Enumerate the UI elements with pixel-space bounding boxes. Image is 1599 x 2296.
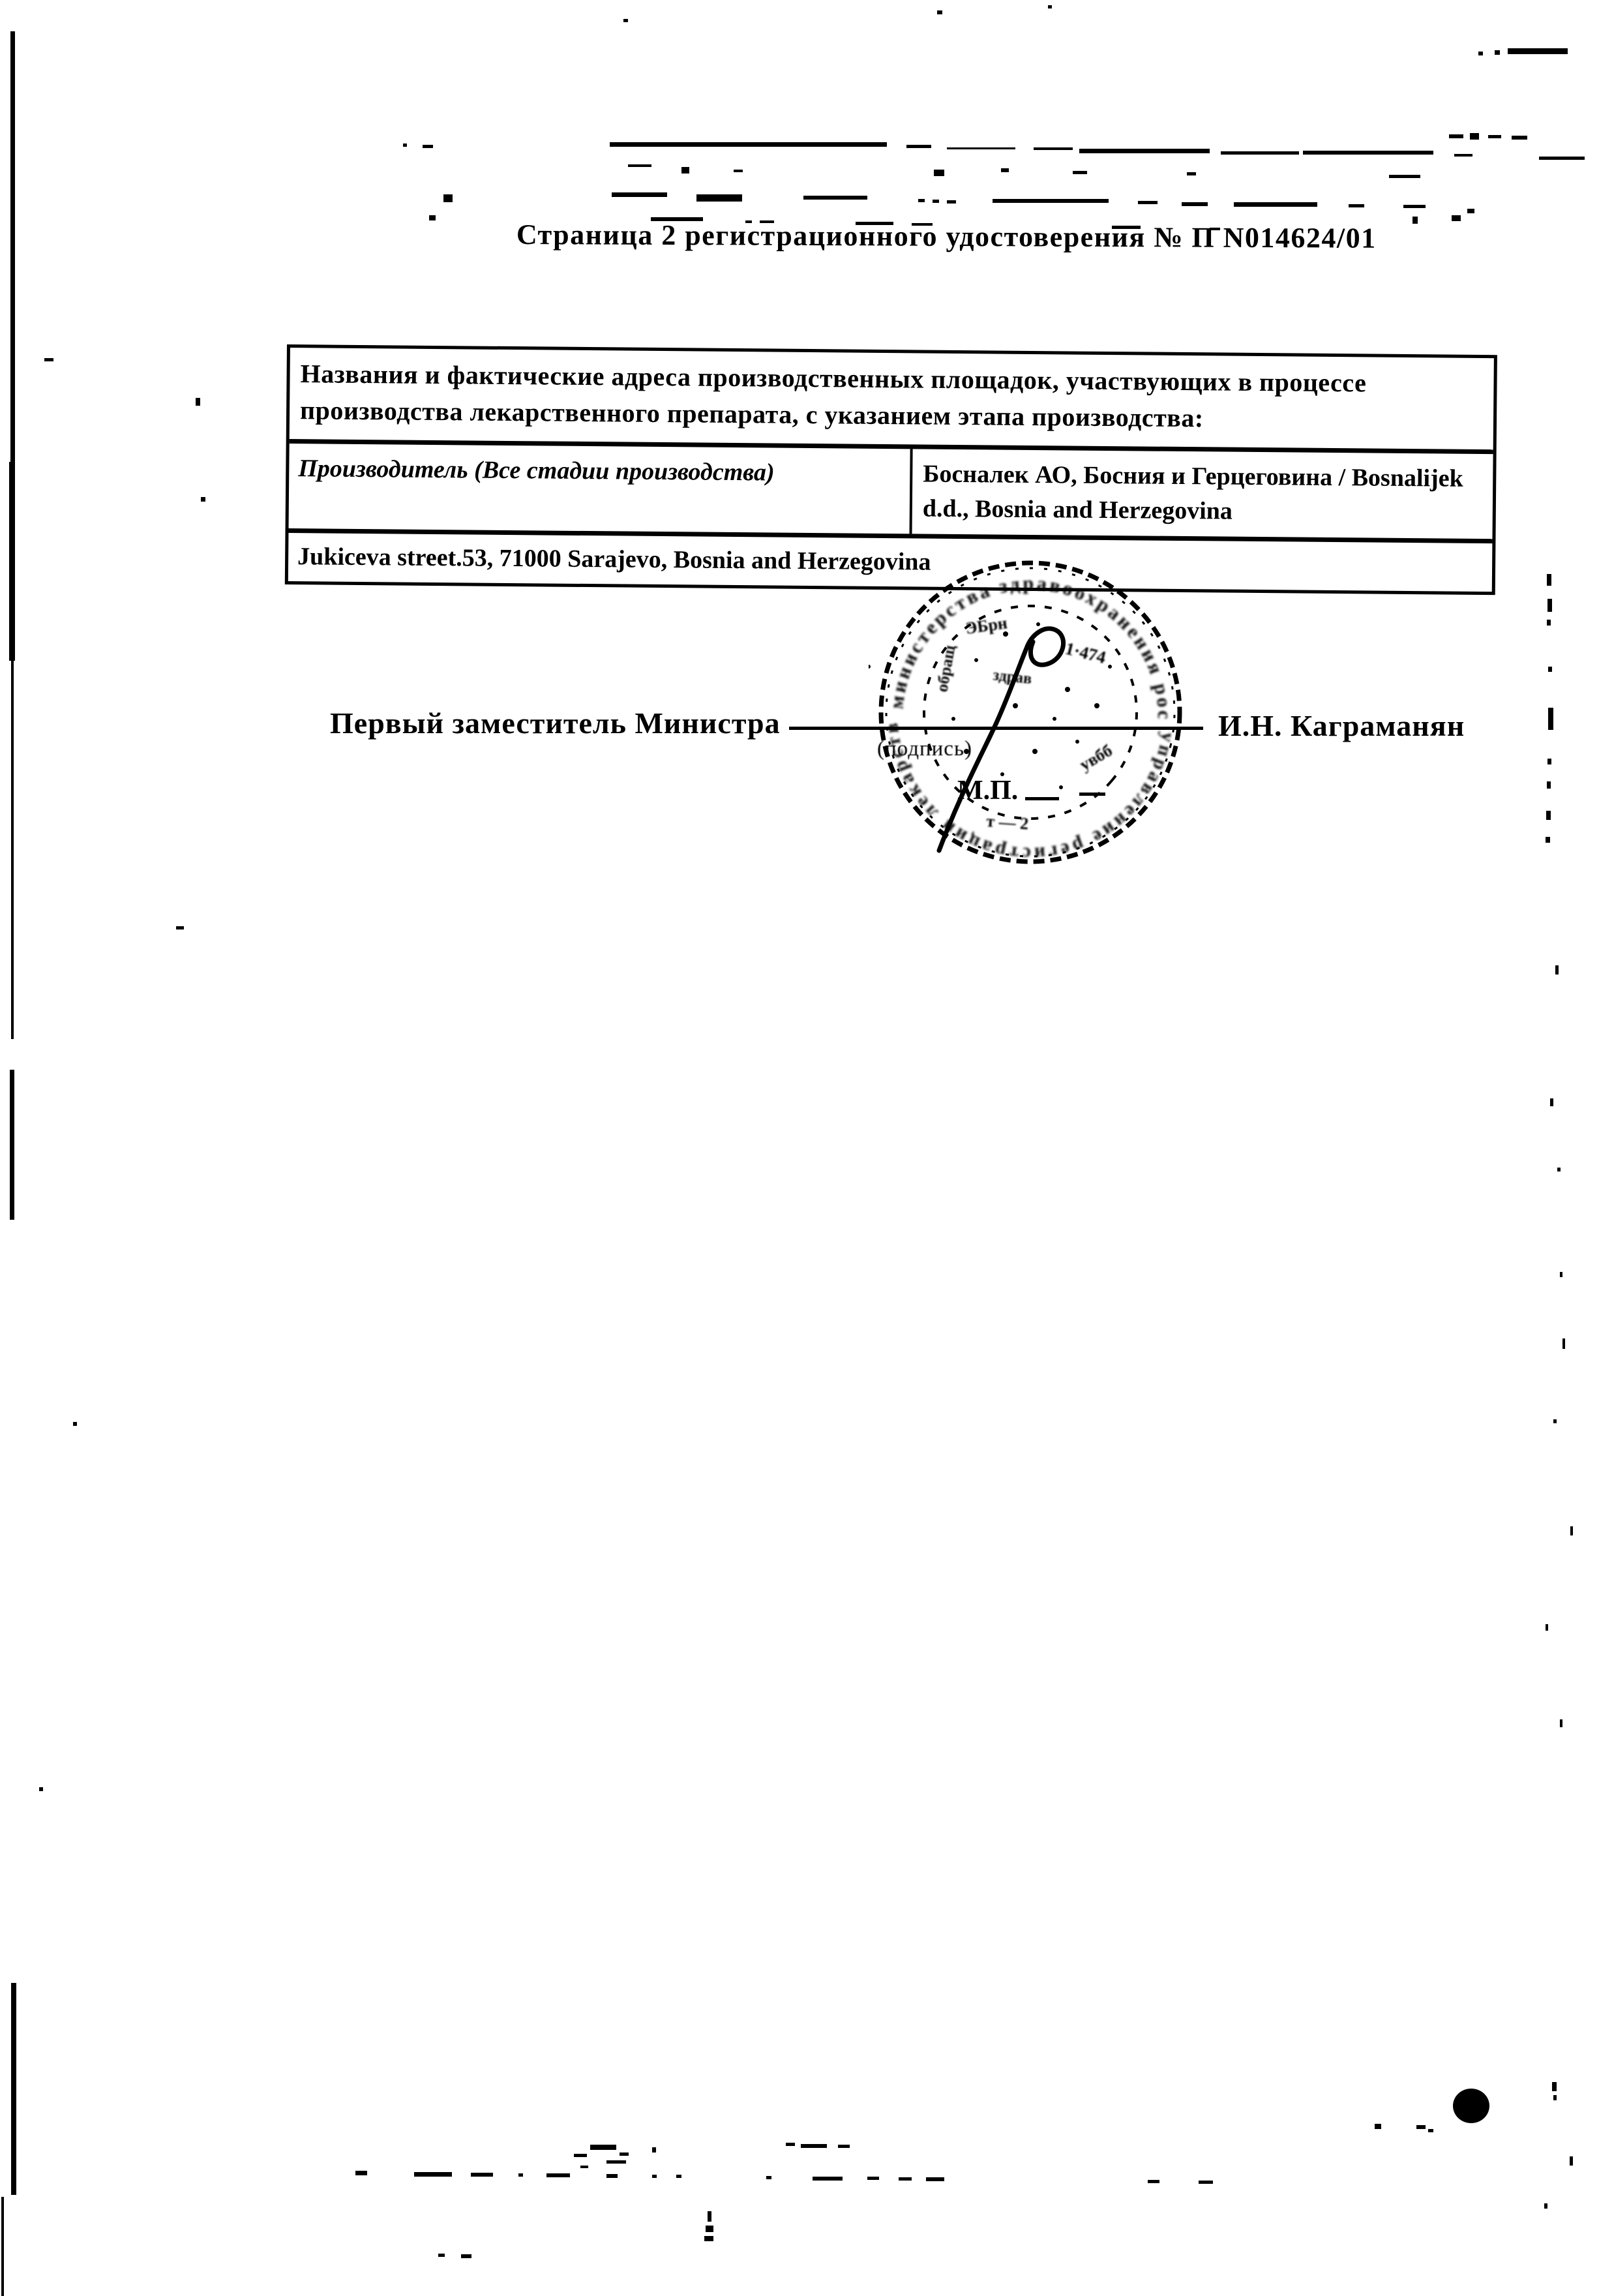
scan-artifact: [1467, 209, 1474, 213]
scan-artifact: [518, 2173, 523, 2177]
scan-artifact: [1555, 965, 1559, 974]
scan-artifact: [1488, 135, 1501, 138]
scan-artifact: [623, 19, 628, 22]
scan-artifact: [1389, 175, 1420, 178]
scan-artifact: [1073, 171, 1087, 174]
scan-artifact: [1495, 50, 1500, 55]
scan-artifact: [1182, 202, 1208, 206]
scan-artifact: [429, 215, 436, 220]
scan-artifact: [926, 2177, 944, 2181]
scan-artifact: [546, 2173, 570, 2177]
scan-artifact: [461, 2254, 471, 2258]
scan-artifact: [10, 1070, 14, 1220]
scan-artifact: [1550, 1098, 1553, 1106]
scan-artifact: [760, 220, 774, 223]
scan-artifact: [1112, 226, 1141, 229]
scan-artifact: [1547, 620, 1551, 626]
scan-artifact: [620, 2152, 629, 2156]
scan-artifact: [1412, 217, 1418, 224]
scan-artifact: [681, 167, 689, 174]
stamp-noise-text: увбб: [1077, 741, 1116, 774]
stamp-noise-text: 1·474: [1064, 639, 1108, 667]
scan-artifact: [44, 358, 53, 361]
scan-artifact: [1553, 1419, 1557, 1423]
scan-artifact: [1546, 811, 1551, 820]
scan-artifact: [176, 926, 184, 929]
scan-artifact: [1547, 599, 1552, 612]
official-round-stamp: министерства здравоохранения российской …: [869, 556, 1195, 869]
scan-artifact: [696, 194, 742, 202]
scan-artifact: [918, 199, 925, 202]
scan-artifact: [704, 2236, 713, 2241]
scan-artifact: [11, 661, 14, 1039]
scan-artifact: [403, 143, 407, 147]
table-row: Производитель (Все стадии производства) …: [288, 444, 1493, 543]
scan-artifact: [947, 200, 956, 204]
scan-artifact: [1546, 837, 1550, 843]
scan-artifact: [1547, 574, 1551, 586]
scan-artifact: [1025, 797, 1059, 800]
scan-artifact: [1452, 215, 1461, 221]
scan-artifact: [1512, 136, 1527, 140]
scan-artifact: [651, 217, 703, 221]
scan-artifact: [708, 2211, 711, 2222]
scan-artifact: [471, 2173, 493, 2177]
scan-artifact: [9, 462, 15, 661]
scan-artifact: [1001, 168, 1009, 172]
scan-artifact: [1570, 1526, 1573, 1535]
producer-value-cell: Босналек АО, Босния и Герцеговина / Bosn…: [910, 449, 1493, 539]
stamp-ring-text: министерства здравоохранения российской …: [869, 556, 1175, 722]
stamp-noise-text: т — 2: [986, 811, 1030, 833]
scan-artifact: [912, 223, 933, 226]
scan-artifact: [1349, 204, 1364, 207]
scan-artifact: [628, 164, 651, 167]
producer-label-cell: Производитель (Все стадии производства): [289, 444, 910, 534]
signatory-name: И.Н. Каграманян: [1218, 708, 1465, 743]
scan-artifact: [574, 2154, 587, 2157]
scan-artifact: [1557, 1168, 1561, 1171]
scan-artifact: [1539, 157, 1585, 160]
scan-artifact: [1570, 2156, 1573, 2166]
scan-artifact: [803, 196, 867, 200]
scan-artifact: [1546, 1624, 1548, 1631]
scan-artifact: [934, 170, 944, 176]
scan-artifact: [1547, 759, 1551, 764]
scan-artifact: [606, 2160, 626, 2164]
scan-artifact: [355, 2171, 367, 2175]
scan-artifact: [1034, 147, 1073, 150]
scan-artifact: [201, 497, 205, 502]
scan-artifact: [1478, 52, 1483, 55]
scan-artifact: [1508, 48, 1568, 54]
scan-artifact: [766, 2176, 771, 2179]
scan-artifact: [1449, 134, 1463, 138]
scan-artifact: [899, 2177, 912, 2181]
scan-artifact: [196, 398, 200, 406]
scan-artifact: [813, 2177, 843, 2181]
scan-artifact: [1560, 1719, 1562, 1727]
scan-artifact: [1428, 2129, 1433, 2132]
scan-artifact: [1552, 2082, 1557, 2091]
ink-blot: [1453, 2089, 1489, 2123]
scan-artifact: [993, 199, 1109, 203]
scan-artifact: [11, 1983, 16, 2195]
table-title: Названия и фактические адреса производст…: [290, 348, 1494, 454]
scan-artifact: [1138, 201, 1158, 204]
scan-artifact: [1470, 133, 1479, 140]
scan-artifact: [610, 142, 887, 147]
scan-artifact: [1562, 1338, 1565, 1349]
scan-artifact: [1079, 149, 1210, 153]
stamp-noise-text: обращ: [933, 644, 959, 693]
scan-artifact: [612, 192, 667, 197]
scan-artifact: [414, 2172, 452, 2177]
scan-artifact: [745, 220, 752, 223]
scan-artifact: [1199, 2181, 1213, 2184]
scan-artifact: [1210, 228, 1220, 230]
scan-artifact: [1560, 1272, 1562, 1277]
scan-artifact: [1544, 2203, 1547, 2209]
page-header: Страница 2 регистрационного удостоверени…: [516, 218, 1377, 255]
scan-artifact: [1553, 2095, 1557, 2100]
scan-artifact: [652, 2175, 657, 2178]
scan-artifact: [838, 2145, 850, 2148]
scan-artifact: [734, 170, 743, 172]
scan-artifact: [423, 145, 433, 148]
scanned-certificate-page: Страница 2 регистрационного удостоверени…: [0, 0, 1599, 2296]
scan-artifact: [906, 145, 931, 148]
scan-artifact: [937, 10, 942, 14]
scan-artifact: [1548, 667, 1552, 672]
scan-artifact: [580, 2166, 588, 2168]
scan-artifact: [1234, 202, 1317, 207]
scan-artifact: [801, 2144, 827, 2148]
scan-artifact: [590, 2145, 616, 2150]
scan-artifact: [1547, 781, 1551, 789]
scan-artifact: [1375, 2124, 1381, 2129]
scan-artifact: [676, 2175, 681, 2178]
scan-artifact: [933, 200, 939, 203]
scan-artifact: [856, 222, 893, 225]
scan-artifact: [1187, 172, 1196, 175]
scan-artifact: [1403, 205, 1426, 208]
scan-artifact: [1303, 151, 1433, 155]
signatory-title: Первый заместитель Министра: [330, 706, 781, 740]
scan-artifact: [1048, 5, 1052, 8]
scan-artifact: [606, 2174, 618, 2178]
scan-artifact: [786, 2143, 795, 2146]
scan-artifact: [1548, 708, 1553, 730]
scan-artifact: [867, 2177, 879, 2180]
scan-artifact: [39, 1787, 43, 1791]
scan-artifact: [438, 2254, 445, 2257]
scan-artifact: [1079, 793, 1105, 796]
scan-artifact: [10, 31, 15, 462]
scan-artifact: [73, 1422, 77, 1426]
stamp-noise-text: ЭБрн: [964, 613, 1009, 638]
scan-artifact: [947, 147, 1015, 149]
scan-artifact: [1416, 2125, 1426, 2129]
scan-artifact: [1454, 154, 1472, 157]
scan-artifact: [1148, 2180, 1159, 2183]
scan-artifact: [1, 2197, 4, 2296]
scan-artifact: [1221, 151, 1299, 155]
scan-artifact: [652, 2147, 656, 2152]
scan-artifact: [443, 194, 453, 202]
scan-artifact: [706, 2226, 713, 2232]
